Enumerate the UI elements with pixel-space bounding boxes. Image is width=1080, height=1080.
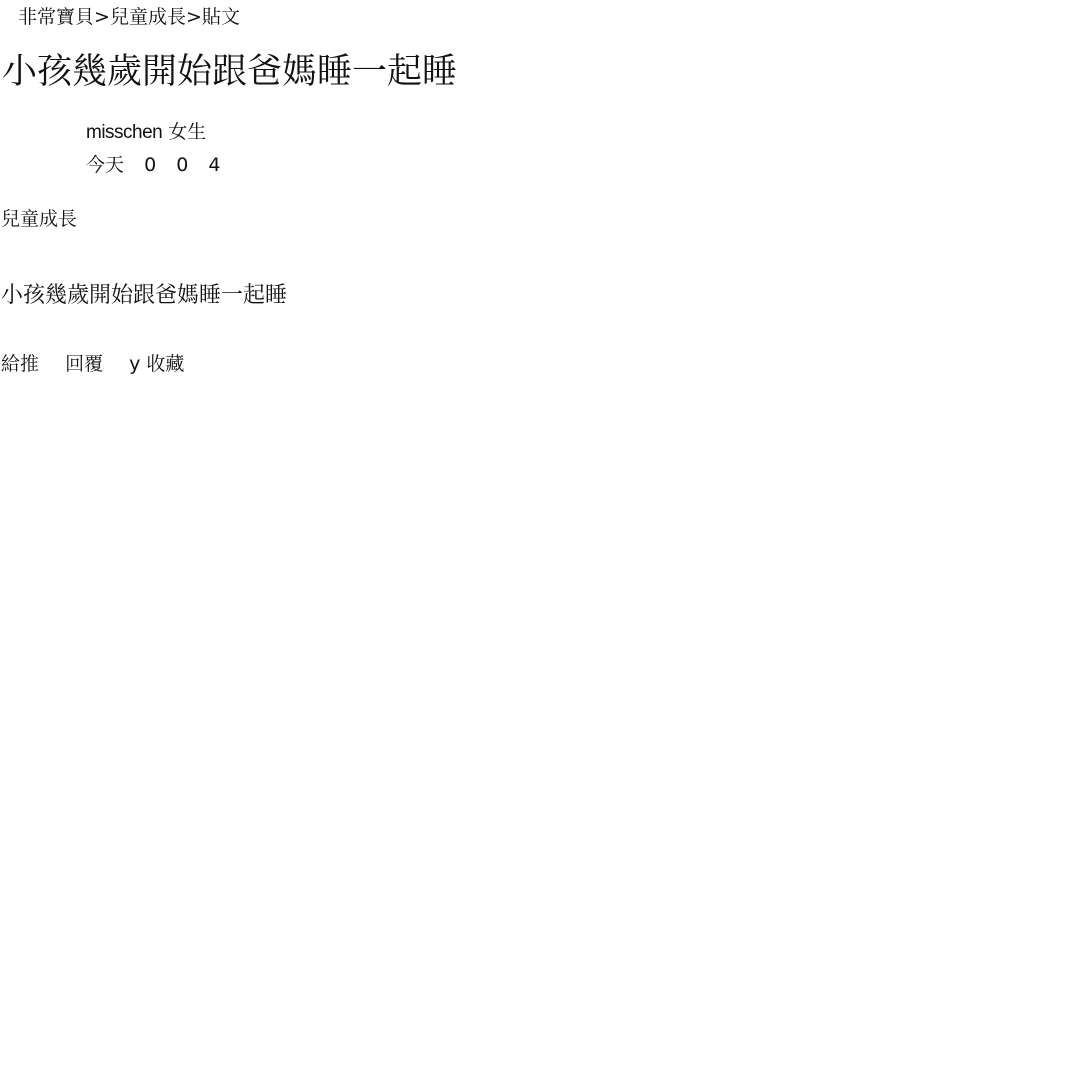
breadcrumb-item-category[interactable]: 兒童成長 bbox=[110, 6, 186, 28]
post-body: 小孩幾歲開始跟爸媽睡一起睡 bbox=[1, 282, 287, 310]
category-link[interactable]: 兒童成長 bbox=[1, 206, 77, 232]
breadcrumb: 非常寶貝>兒童成長>貼文 bbox=[18, 5, 240, 29]
bookmark-icon: y bbox=[129, 353, 140, 375]
bookmark-button[interactable]: y收藏 bbox=[129, 353, 184, 375]
post-date: 今天 bbox=[86, 154, 124, 176]
breadcrumb-item-home[interactable]: 非常寶貝 bbox=[18, 6, 94, 28]
author-line: misschen 女生 bbox=[86, 116, 234, 149]
post-actions: 給推 回覆 y收藏 bbox=[1, 351, 204, 377]
author-name-link[interactable]: misschen bbox=[86, 122, 162, 143]
bookmark-label: 收藏 bbox=[146, 353, 184, 375]
breadcrumb-separator: > bbox=[94, 6, 110, 28]
post-page: 非常寶貝>兒童成長>貼文 小孩幾歲開始跟爸媽睡一起睡 misschen 女生 今… bbox=[0, 0, 1080, 1080]
stat-value: 0 bbox=[144, 154, 156, 176]
stat-value: 4 bbox=[208, 154, 220, 176]
breadcrumb-item-current: 貼文 bbox=[202, 6, 240, 28]
like-button[interactable]: 給推 bbox=[1, 353, 39, 375]
author-info: misschen 女生 今天 0 0 4 bbox=[86, 116, 234, 182]
reply-button[interactable]: 回覆 bbox=[65, 353, 103, 375]
stat-value: 0 bbox=[176, 154, 188, 176]
author-gender: 女生 bbox=[168, 121, 206, 143]
post-title: 小孩幾歲開始跟爸媽睡一起睡 bbox=[2, 50, 457, 94]
breadcrumb-separator: > bbox=[186, 6, 202, 28]
post-meta: 今天 0 0 4 bbox=[86, 149, 234, 182]
